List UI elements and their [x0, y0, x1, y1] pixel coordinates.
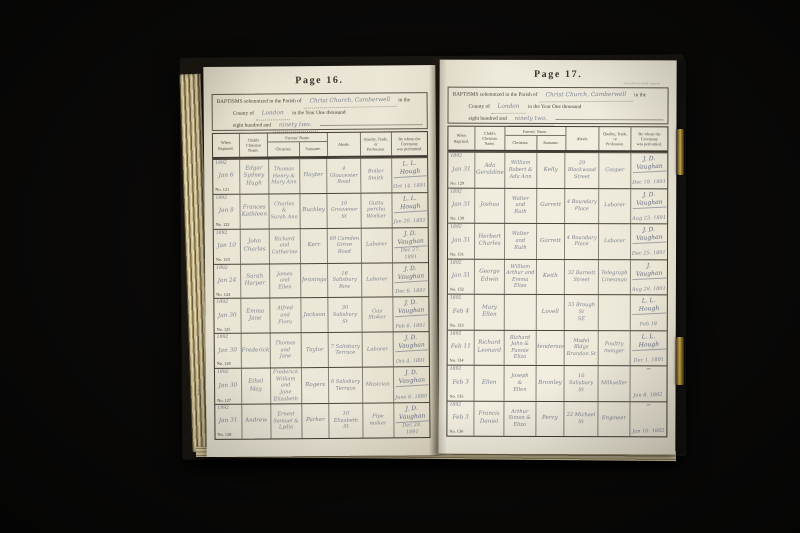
baptism-register-table: When Baptized. Child's Christian Name. P… — [212, 131, 431, 440]
cell-when-baptized: 1892 Jan 10 No. 123 — [214, 229, 241, 263]
cell-quality-trade: Boiler Smith — [361, 158, 392, 192]
cell-minister: J. D. Vaughan Oct 4. 1891 — [393, 332, 429, 366]
baptism-entry-row: 1892 Feb 3 No. 136 Francis Daniel Arthur… — [447, 400, 666, 436]
cell-minister: Jan 10. 1892 — [630, 402, 666, 437]
brass-clasp-icon — [676, 337, 684, 385]
column-header-by-whom: By whom the Ceremony was performed. — [631, 127, 667, 150]
entry-date-handwritten: Feb 3 — [448, 414, 473, 422]
column-header-abode: Abode. — [566, 127, 600, 150]
column-header-parents-name: Parents' Name. — [505, 127, 565, 136]
entry-number: No. 134 — [449, 358, 473, 364]
cell-when-baptized: 1892 Jan 30 No. 126 — [215, 334, 242, 368]
entry-date-handwritten: Jan 31 — [449, 237, 474, 245]
brass-clasp-icon — [677, 129, 684, 175]
cell-abode: 22 Michael St — [565, 402, 599, 437]
column-header-surname: Surname. — [537, 136, 565, 150]
minister-signature: J. D. Vaughan — [632, 154, 667, 172]
page-title: Page 16. — [203, 74, 435, 87]
column-header-quality-trade: Quality, Trade, or Profession. — [361, 132, 392, 155]
entry-number: No. 126 — [216, 361, 240, 367]
baptism-entry-row: 1892 Jan 31 No. 130 Joshua Walter and Ru… — [448, 187, 667, 223]
cell-child-name: Sarah Harper — [241, 264, 270, 298]
cell-quality-trade: Milkseller — [599, 366, 631, 401]
table-header-row: When Baptized. Child's Christian Name. P… — [448, 127, 667, 153]
cell-quality-trade: Cooper — [599, 153, 631, 188]
cell-child-name: Andrew — [242, 405, 271, 439]
photograph-of-baptism-register: Page 16. BAPTISMS solemnized in the Pari… — [0, 0, 800, 533]
cell-surname: Henderson — [536, 330, 565, 365]
column-header-childs-name: Child's Christian Name. — [240, 133, 269, 156]
minister-signature: J. D. Vaughan — [394, 368, 428, 387]
cell-when-baptized: 1892 Jan 31 No. 131 — [448, 224, 475, 259]
minister-date-note: Dec 18. 1891 — [632, 179, 666, 187]
cell-minister: J. D. Vaughan Aug 23. 1891 — [631, 189, 667, 224]
header-printed-text: BAPTISMS solemnized in the Parish of — [453, 90, 538, 100]
baptism-entry-row: 1892 Jan 31 No. 129 Ada Geraldine Willia… — [448, 152, 667, 188]
entry-date-handwritten: Jan 30 — [216, 347, 240, 356]
cell-surname: Garrett — [537, 224, 566, 259]
header-printed-text: in the — [634, 90, 646, 100]
baptism-entry-row: 1892 Jan 10 No. 123 John Charles Richard… — [214, 227, 428, 264]
cell-child-name: Ethel May — [242, 369, 271, 404]
minister-date-note: Jan 8. 1892 — [634, 392, 663, 399]
entry-number: No. 131 — [449, 252, 473, 258]
cell-surname: Kelly — [537, 153, 566, 188]
cell-minister: L. L. Hough Jan 20. 1892 — [392, 193, 428, 227]
header-printed-text: BAPTISMS solemnized in the Parish of — [217, 96, 302, 107]
cell-abode: 33 Brough St SE — [565, 295, 599, 330]
minister-signature — [646, 404, 650, 405]
page-title: Page 17. — [440, 69, 677, 81]
column-header-quality-trade: Quality, Trade, or Profession. — [600, 127, 632, 150]
header-printed-text: in the Year One thousand — [528, 102, 581, 112]
header-line-1: BAPTISMS solemnized in the Parish of Chr… — [217, 95, 423, 109]
cell-when-baptized: 1892 Jan 31 No. 132 — [448, 259, 475, 294]
column-header-christian: Christian. — [268, 142, 299, 156]
header-printed-text: eight hundred and — [468, 114, 506, 124]
column-header-childs-name: Child's Christian Name. — [476, 127, 506, 150]
cell-minister: J. Vaughan Aug 28. 1891 — [631, 260, 667, 295]
minister-date-note: Dec 25. 1891 — [632, 250, 666, 258]
county-name-handwritten: London — [256, 108, 290, 121]
column-header-abode: Abode. — [328, 133, 361, 156]
baptism-entry-row: 1892 Jan 30 No. 126 Frederick Thomas and… — [215, 331, 429, 368]
cell-minister: J. D. Vaughan Dec 27. 1891 — [392, 228, 428, 262]
register-page-left: Page 16. BAPTISMS solemnized in the Pari… — [203, 65, 438, 457]
cell-when-baptized: 1892 Jan 30 No. 127 — [215, 369, 242, 404]
cell-surname: Bromley — [536, 366, 565, 401]
register-page-right: Page 17. · · illegible printed imprint ·… — [438, 60, 676, 455]
cell-quality-trade: Engineer — [598, 402, 630, 437]
entry-number: No. 135 — [449, 394, 473, 400]
cell-child-name: John Charles — [240, 229, 269, 263]
column-header-by-whom: By whom the Ceremony was performed. — [392, 132, 427, 155]
cell-abode: 16 Salisbury Row — [328, 263, 361, 297]
header-line-2: County of London in the Year One thousan… — [452, 102, 663, 115]
cell-minister: J. D. Vaughan June 6. 1880 — [394, 367, 430, 402]
cell-abode: 10 Grosvenor St — [328, 193, 361, 227]
baptism-entry-row: 1892 Feb 3 No. 135 Ellen Joseph & Ellen … — [447, 365, 666, 401]
cell-when-baptized: 1892 Jan 31 No. 128 — [215, 405, 242, 439]
header-line-1: BAPTISMS solemnized in the Parish of Chr… — [453, 90, 664, 103]
entry-year-handwritten: 1892 — [448, 402, 472, 408]
cell-minister: J. D. Vaughan Dec 29. 1891 — [394, 403, 430, 437]
entry-year-handwritten: 1892 — [449, 225, 473, 231]
cell-child-name: Frederick — [241, 334, 270, 368]
entry-year-handwritten: 1892 — [449, 154, 473, 160]
entry-number: No. 123 — [215, 257, 239, 263]
cell-minister: L. L. Hough Oct 14. 1891 — [392, 158, 428, 192]
entry-date-handwritten: Feb 11 — [449, 343, 474, 351]
header-printed-text: County of — [469, 102, 490, 112]
minister-signature: L. L. Hough — [392, 159, 426, 178]
cell-quality-trade: Laborer — [599, 224, 631, 259]
header-line-3: eight hundred and ninety two. — [452, 114, 663, 127]
cell-parents-christian-names: Thomas Henry & Mary Ann — [269, 159, 300, 193]
entry-year-handwritten: 1892 — [216, 335, 240, 341]
cell-abode: 6 Salisbury Terrace — [329, 368, 362, 403]
entry-number: No. 125 — [216, 326, 240, 332]
cell-parents-christian-names: Thomas and Jane — [270, 333, 301, 367]
cell-when-baptized: 1892 Jan 30 No. 125 — [214, 299, 241, 333]
column-header-christian: Christian. — [505, 136, 537, 150]
entry-year-handwritten: 1892 — [214, 161, 238, 167]
minister-date-note: Aug 23. 1891 — [632, 214, 666, 222]
cell-abode: 69 Camden Grove Road — [328, 228, 361, 262]
entry-date-handwritten: Feb 4 — [449, 308, 474, 316]
entry-year-handwritten: 1892 — [449, 331, 473, 337]
ruled-blank-line — [555, 114, 663, 120]
column-header-when-baptized: When Baptized. — [213, 134, 240, 157]
cell-parents-christian-names: Frederick William and Jane Elizabeth — [271, 368, 302, 403]
cell-quality-trade: Laborer — [361, 228, 392, 262]
cell-abode: 4 Boundary Place — [565, 189, 599, 224]
cell-abode: Model Bldgs Brandon St — [565, 331, 599, 366]
minister-signature: J. D. Vaughan — [393, 229, 427, 248]
parish-name-handwritten: Christ Church, Camberwell — [303, 95, 396, 109]
entry-year-handwritten: 1892 — [215, 300, 239, 306]
cell-surname: Garrett — [537, 188, 566, 223]
minister-date-note: Jan 10. 1892 — [632, 427, 664, 435]
cell-when-baptized: 1892 Jan 6 No. 121 — [213, 160, 240, 194]
baptism-entry-row: 1892 Feb 11 No. 134 Richard Leonard Rich… — [448, 329, 667, 365]
entry-year-handwritten: 1892 — [216, 370, 240, 376]
minister-signature: J. D. Vaughan — [394, 299, 428, 318]
cell-parents-christian-names: Walter and Ruth — [505, 224, 537, 259]
cell-child-name: Ada Geraldine — [476, 153, 506, 188]
cell-parents-christian-names: Walter and Ruth — [505, 188, 537, 223]
cell-minister: Jan 8. 1892 — [630, 366, 666, 401]
baptism-entry-row: 1892 Feb 4 No. 133 Mary Ellen Lovell 33 … — [448, 294, 667, 330]
entry-date-handwritten: Jan 8 — [214, 207, 238, 216]
entry-number: No. 122 — [215, 222, 239, 228]
cell-surname: Jennings — [301, 263, 329, 297]
baptisms-header-box: BAPTISMS solemnized in the Parish of Chr… — [447, 87, 668, 125]
entry-date-handwritten: Jan 31 — [449, 272, 474, 280]
cell-surname: Rogers — [302, 368, 330, 403]
minister-date-note: Oct 14. 1891 — [393, 183, 426, 191]
baptism-entry-row: 1892 Jan 8 No. 122 Frances Kathleen Char… — [213, 192, 427, 229]
cell-abode: 4 Boundary Place — [565, 224, 599, 259]
cell-quality-trade: Laborer — [362, 263, 393, 297]
cell-surname: Kerr — [300, 229, 328, 263]
cell-quality-trade: Musician — [363, 367, 394, 402]
cell-minister: L. L. Hough Dec 1. 1891 — [630, 331, 666, 366]
cell-when-baptized: 1892 Jan 31 No. 129 — [448, 153, 475, 188]
cell-abode: 30 Salisbury St — [329, 298, 362, 332]
cell-child-name: Richard Leonard — [475, 330, 505, 365]
cell-surname: Parker — [302, 404, 330, 438]
cell-surname: Hayter — [300, 159, 328, 193]
entry-year-handwritten: 1892 — [449, 367, 473, 373]
column-header-surname: Surname. — [300, 142, 327, 156]
entry-date-handwritten: Jan 31 — [449, 201, 474, 209]
column-group-parents-name: Parents' Name. Christian. Surname. — [268, 133, 328, 157]
cell-quality-trade: Poultry monger — [599, 331, 631, 366]
column-group-parents-name: Parents' Name. Christian. Surname. — [505, 127, 566, 150]
minister-date-note: Feb 6. 1891 — [396, 322, 426, 330]
printer-imprint: · · illegible printed imprint · · — [620, 81, 665, 85]
header-printed-text: in the Year One thousand — [292, 108, 345, 119]
cell-parents-christian-names: Joseph & Ellen — [504, 366, 536, 401]
cell-child-name: Emma Jane — [241, 299, 270, 333]
cell-surname: Jackson — [301, 298, 329, 332]
cell-minister: J. D. Vaughan Feb 6. 1891 — [393, 297, 429, 331]
entry-year-handwritten: 1892 — [449, 260, 473, 266]
cell-abode: 7 Salisbury Terrace — [329, 333, 362, 367]
entry-year-handwritten: 1892 — [449, 296, 473, 302]
baptism-entry-row: 1892 Jan 31 No. 128 Andrew Ernest Samuel… — [215, 402, 429, 439]
minister-signature: J. Vaughan — [631, 261, 666, 279]
minister-date-note: Oct 4. 1891 — [396, 357, 426, 365]
cell-abode: 10 Salisbury St — [565, 366, 599, 401]
cell-when-baptized: 1892 Feb 3 No. 136 — [447, 401, 474, 436]
cell-child-name: Edgar Sydney Hugh — [240, 159, 269, 193]
entry-number: No. 124 — [215, 291, 239, 297]
entry-number: No. 128 — [216, 432, 240, 438]
cell-parents-christian-names — [505, 295, 537, 330]
parish-name-handwritten: Christ Church, Camberwell — [539, 90, 632, 103]
entry-number: No. 132 — [449, 287, 473, 293]
cell-quality-trade: Laborer — [362, 333, 393, 367]
entry-number: No. 121 — [214, 187, 238, 193]
cell-parents-christian-names: Ernest Samuel & Lydia — [271, 404, 302, 438]
year-handwritten: ninety two. — [509, 114, 554, 126]
cell-surname: Taylor — [301, 333, 329, 367]
entry-year-handwritten: 1892 — [214, 196, 238, 202]
entry-number: No. 127 — [216, 397, 240, 403]
entry-date-handwritten: Jan 10 — [215, 242, 239, 251]
cell-parents-christian-names: Charles & Sarah Ann — [269, 194, 300, 228]
minister-signature: J. D. Vaughan — [394, 333, 428, 352]
minister-date-note: Dec 29. 1891 — [395, 421, 429, 435]
cell-parents-christian-names: William Arthur and Emma Eliza — [505, 259, 537, 294]
baptism-entry-row: 1892 Jan 31 No. 131 Herbert Charles Walt… — [448, 223, 667, 259]
header-printed-text: County of — [233, 109, 254, 119]
cell-child-name: Herbert Charles — [475, 224, 505, 259]
cell-parents-christian-names: Alfred and Flora — [270, 299, 301, 333]
minister-signature: J. D. Vaughan — [393, 264, 427, 283]
minister-signature: J. D. Vaughan — [394, 404, 428, 423]
column-header-when-baptized: When Baptized. — [448, 127, 475, 150]
cell-when-baptized: 1892 Jan 24 No. 124 — [214, 264, 241, 298]
entry-year-handwritten: 1892 — [216, 406, 240, 412]
cell-when-baptized: 1892 Feb 4 No. 133 — [448, 295, 475, 330]
minister-date-note: Dec 6. 1891 — [395, 287, 426, 295]
entry-number: No. 133 — [449, 323, 473, 329]
entry-date-handwritten: Jan 6 — [214, 173, 238, 182]
cell-quality-trade: Gutta percha Worker — [361, 193, 392, 227]
minister-signature: L. L. Hough — [631, 332, 666, 350]
baptism-entry-row: 1892 Jan 24 No. 124 Sarah Harper James a… — [214, 262, 428, 299]
cell-parents-christian-names: James and Ellen — [270, 264, 301, 298]
entry-date-handwritten: Jan 24 — [215, 277, 239, 286]
county-name-handwritten: London — [492, 102, 526, 114]
baptism-register-table: When Baptized. Child's Christian Name. P… — [446, 126, 668, 438]
cell-minister: J. D. Vaughan Dec 25. 1891 — [631, 224, 667, 259]
cell-abode: 29 Blackwood Street — [565, 153, 599, 188]
header-printed-text: eight hundred and — [233, 120, 271, 130]
minister-date-note: June 6. 1880 — [395, 393, 427, 401]
cell-abode: 32 Barnett Street — [565, 260, 599, 295]
cell-abode: 10 Elizabeth St — [330, 404, 363, 438]
cell-child-name: Frances Kathleen — [240, 194, 269, 228]
entry-year-handwritten: 1892 — [215, 230, 239, 236]
table-body: 1892 Jan 31 No. 129 Ada Geraldine Willia… — [447, 152, 667, 437]
entry-date-handwritten: Jan 30 — [215, 312, 239, 321]
cell-child-name: Mary Ellen — [475, 295, 505, 330]
cell-child-name: George Edwin — [475, 259, 505, 294]
cell-quality-trade: Gas Stoker — [362, 298, 393, 332]
minister-date-note: Dec 27. 1891 — [393, 246, 427, 260]
cell-parents-christian-names: Richard and Catherine — [269, 229, 300, 263]
ruled-blank-line — [320, 119, 423, 126]
cell-minister: J. D. Vaughan Dec 18. 1891 — [631, 153, 667, 188]
cell-surname: Buckley — [300, 194, 328, 228]
pencil-margin-note: 2 — [197, 389, 201, 397]
entry-date-handwritten: Jan 30 — [216, 382, 240, 391]
cell-parents-christian-names: Richard John & Fannie Eliza — [505, 330, 537, 365]
year-handwritten: ninety two. — [273, 120, 318, 133]
minister-signature: J. D. Vaughan — [632, 225, 667, 243]
cell-minister: J. D. Vaughan Dec 6. 1891 — [393, 263, 429, 297]
minister-signature — [646, 368, 650, 369]
cell-minister: L. L. Hough Feb 18 — [631, 295, 667, 330]
cell-child-name: Ellen — [475, 366, 505, 401]
cell-quality-trade: Pipe maker — [363, 403, 394, 437]
cell-abode: 4 Gloucester Road — [328, 159, 361, 193]
cell-surname: Keith — [537, 259, 566, 294]
minister-date-note: Aug 28. 1891 — [632, 285, 666, 293]
table-header-row: When Baptized. Child's Christian Name. P… — [213, 132, 427, 159]
baptism-entry-row: 1892 Jan 30 No. 125 Emma Jane Alfred and… — [214, 296, 428, 333]
cell-when-baptized: 1892 Jan 31 No. 130 — [448, 188, 475, 223]
cell-when-baptized: 1892 Feb 11 No. 134 — [448, 330, 475, 365]
entry-number: No. 129 — [449, 181, 473, 187]
table-body: 1892 Jan 6 No. 121 Edgar Sydney Hugh Tho… — [213, 157, 429, 439]
entry-year-handwritten: 1892 — [215, 265, 239, 271]
minister-signature: L. L. Hough — [393, 194, 427, 213]
minister-signature: L. L. Hough — [631, 296, 666, 314]
cell-child-name: Joshua — [475, 188, 505, 223]
minister-signature: J. D. Vaughan — [632, 190, 667, 208]
minister-date-note: Feb 18 — [640, 321, 658, 328]
cell-when-baptized: 1892 Jan 8 No. 122 — [213, 195, 240, 229]
cell-child-name: Francis Daniel — [475, 401, 505, 436]
entry-year-handwritten: 1892 — [449, 189, 473, 195]
cell-surname: Lovell — [536, 295, 565, 330]
header-printed-text: in the — [398, 95, 410, 105]
baptisms-header-box: BAPTISMS solemnized in the Parish of Chr… — [212, 92, 428, 131]
baptism-entry-row: 1892 Jan 30 No. 127 Ethel May Frederick … — [215, 366, 429, 404]
cell-quality-trade — [599, 295, 631, 330]
entry-number: No. 130 — [449, 216, 473, 222]
cell-when-baptized: 1892 Feb 3 No. 135 — [447, 366, 474, 401]
cell-quality-trade: Laborer — [599, 189, 631, 224]
entry-date-handwritten: Feb 3 — [448, 379, 473, 387]
cell-parents-christian-names: William Robert & Ada Ann — [505, 153, 537, 188]
minister-date-note: Dec 1. 1891 — [633, 356, 664, 363]
baptism-entry-row: 1892 Jan 31 No. 132 George Edwin William… — [448, 258, 667, 294]
cell-surname: Percy — [536, 401, 565, 436]
entry-number: No. 136 — [448, 429, 472, 435]
entry-date-handwritten: Jan 31 — [449, 166, 474, 174]
entry-date-handwritten: Jan 31 — [216, 418, 240, 427]
baptism-entry-row: 1892 Jan 6 No. 121 Edgar Sydney Hugh Tho… — [213, 157, 427, 194]
cell-parents-christian-names: Arthur Simon & Eliza — [504, 401, 536, 436]
minister-date-note: Jan 20. 1892 — [394, 218, 426, 226]
cell-quality-trade: Telegraph Linesman — [599, 260, 631, 295]
